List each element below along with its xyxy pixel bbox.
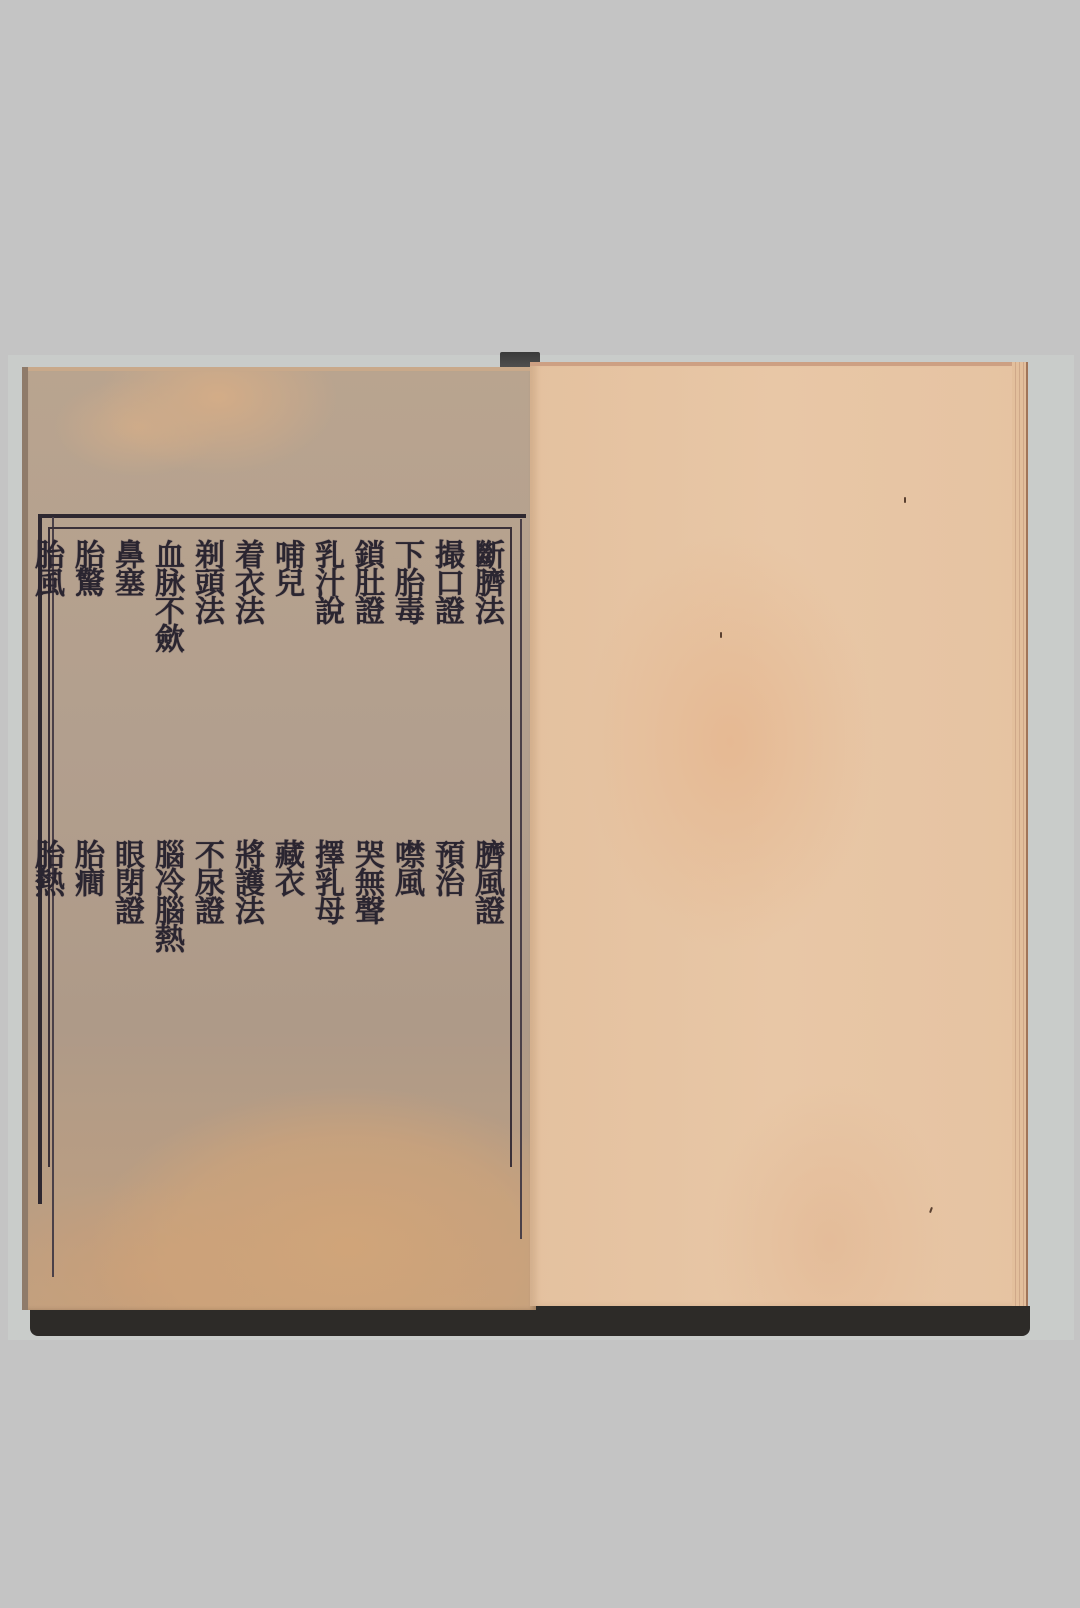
paper-speck — [929, 1207, 933, 1213]
toc-entry: 着衣法 — [226, 539, 266, 651]
toc-entry: 臍風證 — [466, 839, 506, 951]
toc-entry: 將護法 — [226, 839, 266, 951]
toc-entry: 藏衣 — [266, 839, 306, 951]
toc-entry: 下胎毒 — [386, 539, 426, 651]
toc-entry: 鎖肚證 — [346, 539, 386, 651]
page-fore-edge — [1012, 362, 1026, 1306]
paper-speck — [720, 632, 722, 638]
toc-upper-register: 斷臍法 撮口證 下胎毒 鎖肚證 乳汁說 哺兒 着衣法 剃頭法 血脉不歛 鼻塞 胎… — [26, 539, 506, 651]
toc-entry: 不尿證 — [186, 839, 226, 951]
paper-speck — [904, 497, 906, 503]
print-frame-right-rule — [520, 519, 522, 1239]
toc-entry: 胎熱 — [26, 839, 66, 951]
toc-entry: 鼻塞 — [106, 539, 146, 651]
toc-entry: 乳汁說 — [306, 539, 346, 651]
left-page: 斷臍法 撮口證 下胎毒 鎖肚證 乳汁說 哺兒 着衣法 剃頭法 血脉不歛 鼻塞 胎… — [22, 367, 536, 1310]
toc-entry: 撮口證 — [426, 539, 466, 651]
book-shadow — [30, 1306, 1030, 1336]
toc-entry: 噤風 — [386, 839, 426, 951]
page-top-edge — [28, 367, 536, 371]
page-top-edge — [530, 362, 1026, 366]
toc-lower-register: 臍風證 預治 噤風 哭無聲 擇乳母 藏衣 將護法 不尿證 腦冷腦熱 眼閉證 胎癎… — [26, 839, 506, 951]
toc-entry: 哭無聲 — [346, 839, 386, 951]
right-page-blank — [530, 362, 1028, 1306]
toc-entry: 胎風 — [26, 539, 66, 651]
toc-entry: 斷臍法 — [466, 539, 506, 651]
toc-entry: 血脉不歛 — [146, 539, 186, 651]
toc-entry: 擇乳母 — [306, 839, 346, 951]
toc-entry: 剃頭法 — [186, 539, 226, 651]
toc-entry: 胎驚 — [66, 539, 106, 651]
toc-entry: 腦冷腦熱 — [146, 839, 186, 951]
toc-entry: 胎癎 — [66, 839, 106, 951]
toc-entry: 眼閉證 — [106, 839, 146, 951]
toc-entry: 預治 — [426, 839, 466, 951]
toc-entry: 哺兒 — [266, 539, 306, 651]
